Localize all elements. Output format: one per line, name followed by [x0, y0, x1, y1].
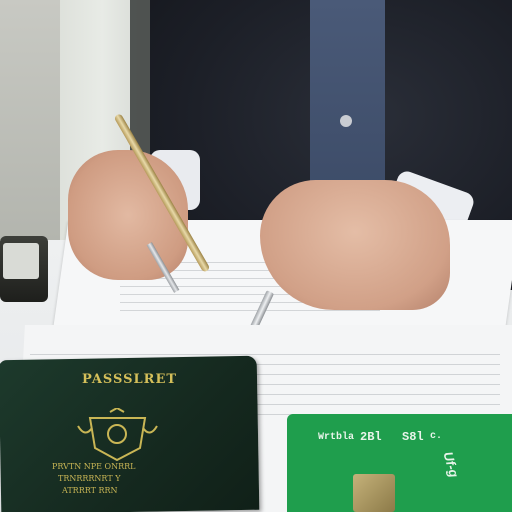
card-label: Wrtbla: [318, 432, 354, 443]
passport-line-3: ATRRRT RRN: [62, 486, 118, 495]
coat-of-arms-icon: [70, 408, 165, 463]
passport-title: PASSSLRET: [82, 372, 177, 387]
green-card: [287, 414, 512, 512]
card-number-1: 2Bl: [360, 430, 382, 444]
passport-line-2: TRNRRRNRT Y: [58, 474, 120, 483]
calculator-screen: [3, 243, 39, 279]
shirt: [310, 0, 385, 200]
card-suffix: c.: [430, 431, 442, 442]
background-shelf: [0, 0, 60, 240]
passport-line-1: PRVTN NPE ONRRL: [52, 462, 135, 471]
card-chip: [353, 474, 395, 512]
shirt-button: [340, 115, 352, 127]
right-hand: [260, 180, 450, 310]
card-number-2: S8l: [402, 430, 424, 444]
